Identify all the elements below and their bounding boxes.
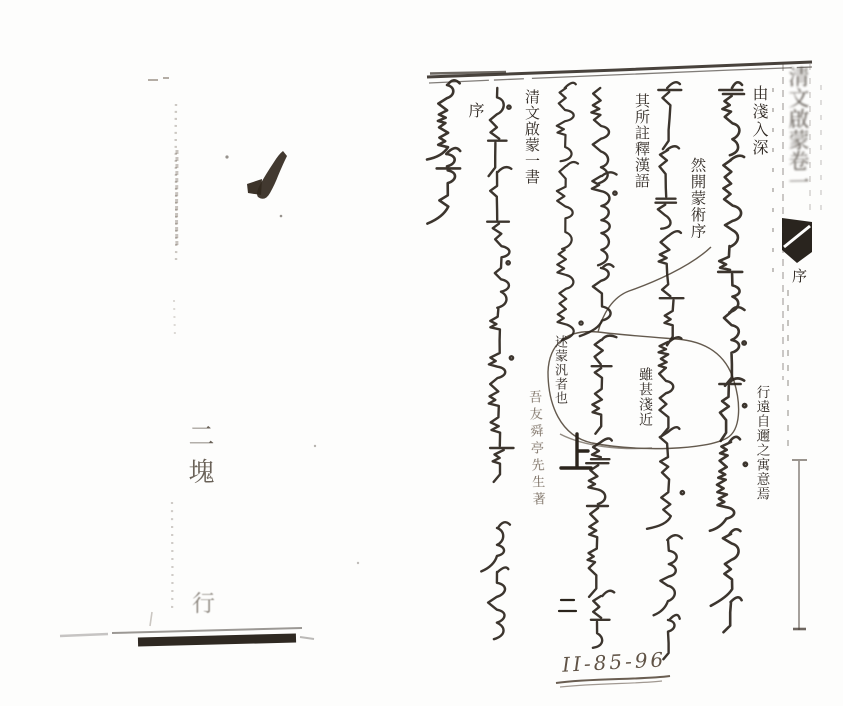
ink-stroke-layer — [0, 0, 843, 706]
gloss-column5-top: 清文啟蒙一書 — [524, 89, 539, 185]
page-bottom-border — [60, 628, 314, 642]
manchu-text-column — [427, 80, 460, 223]
scanned-book-page: 二塊 行 由淺入深 行遠自邇之寓意焉 然開蒙術序 其所註釋漢語 雖甚淺近 述蒙汎… — [0, 0, 843, 706]
manchu-text-column — [580, 88, 617, 648]
gloss-xu: 序 — [467, 102, 483, 119]
page-top-border — [427, 62, 812, 83]
gloss-inside-circle-right: 雖甚淺近 — [638, 367, 652, 427]
left-page-faint-character-lower: 行 — [189, 591, 212, 615]
gloss-column3-top: 其所註釋漢語 — [634, 93, 649, 189]
bleedthrough-ghost-line — [148, 78, 177, 626]
shelfmark-underline — [556, 676, 670, 687]
manchu-text-column — [710, 82, 747, 632]
gloss-inside-circle-left: 述蒙汎者也 — [553, 335, 566, 405]
left-page-faint-characters: 二塊 — [186, 422, 212, 494]
handwritten-reader-note: 吾友舜亭先生著 — [527, 390, 544, 509]
gloss-mid-right: 行遠自邇之寓意焉 — [754, 385, 768, 501]
ink-blot — [225, 151, 359, 564]
banxin-section-label: 序 — [791, 268, 806, 284]
manchu-text-column — [481, 88, 513, 639]
manchu-text-column — [557, 83, 583, 340]
fishtail-mark-icon — [782, 218, 812, 263]
gloss-top-right: 由淺入深 — [751, 85, 767, 157]
gloss-column2: 然開蒙術序 — [689, 157, 705, 240]
bold-glyph-mark — [559, 434, 591, 611]
banxin-volume-title: 清文啟蒙卷一 — [787, 66, 808, 192]
